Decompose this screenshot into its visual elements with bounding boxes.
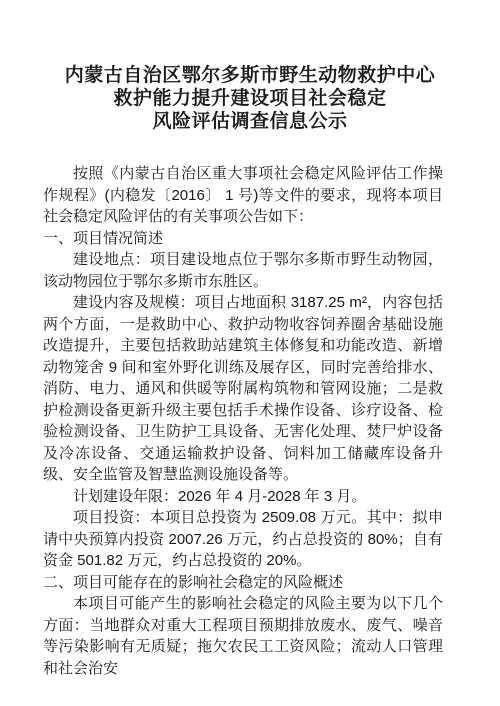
title-line-2: 救护能力提升建设项目社会稳定 — [20, 87, 480, 110]
section-heading-risk-overview: 二、项目可能存在的影响社会稳定的风险概述 — [43, 572, 443, 594]
title-line-3: 风险评估调查信息公示 — [20, 110, 480, 133]
paragraph-construction-schedule: 计划建设年限：2026 年 4 月-2028 年 3 月。 — [43, 486, 443, 508]
paragraph-risk-description: 本项目可能产生的影响社会稳定的风险主要为以下几个方面：当地群众对重大工程项目预期… — [43, 593, 443, 679]
paragraph-construction-location: 建设地点：项目建设地点位于鄂尔多斯市野生动物园，该动物园位于鄂尔多斯市东胜区。 — [43, 249, 443, 292]
paragraph-project-investment: 项目投资：本项目总投资为 2509.08 万元。其中：拟申请中央预算内投资 20… — [43, 507, 443, 572]
document-title: 内蒙古自治区鄂尔多斯市野生动物救护中心 救护能力提升建设项目社会稳定 风险评估调… — [20, 64, 480, 133]
document-body: 按照《内蒙古自治区重大事项社会稳定风险评估工作操作规程》(内稳发〔2016〕 1… — [43, 163, 443, 679]
document-page: 内蒙古自治区鄂尔多斯市野生动物救护中心 救护能力提升建设项目社会稳定 风险评估调… — [0, 0, 500, 706]
paragraph-intro: 按照《内蒙古自治区重大事项社会稳定风险评估工作操作规程》(内稳发〔2016〕 1… — [43, 163, 443, 228]
section-heading-project-overview: 一、项目情况简述 — [43, 228, 443, 250]
paragraph-construction-scope: 建设内容及规模：项目占地面积 3187.25 m²，内容包括两个方面，一是救助中… — [43, 292, 443, 486]
title-line-1: 内蒙古自治区鄂尔多斯市野生动物救护中心 — [20, 64, 480, 87]
